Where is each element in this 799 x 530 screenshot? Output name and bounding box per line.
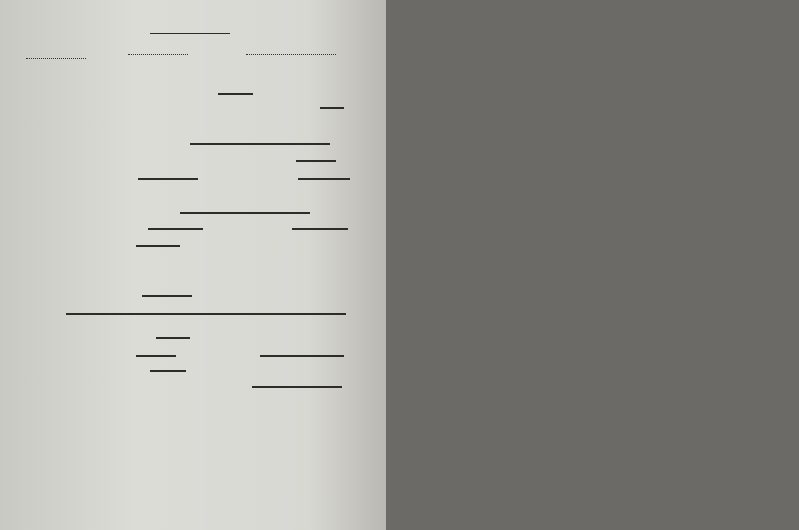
left-page — [0, 0, 386, 530]
ledger-spread — [0, 0, 799, 530]
